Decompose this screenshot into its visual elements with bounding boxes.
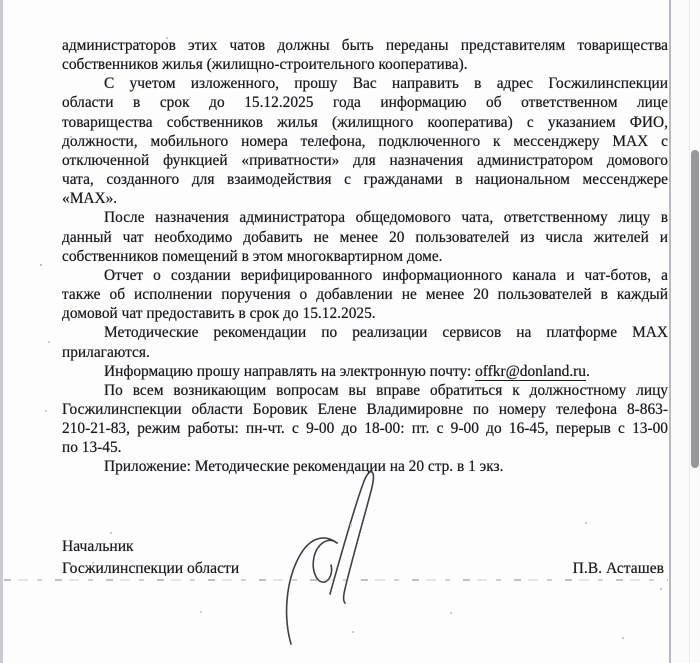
text-segment: администраторов этих чатов должны быть п… (62, 37, 668, 54)
text-segment: Приложение: Методические рекомендации на… (104, 458, 503, 475)
document-line: прилагаются. (62, 343, 668, 362)
signer-position-line: Начальник (62, 536, 239, 558)
document-viewer: администраторов этих чатов должны быть п… (0, 0, 700, 663)
text-segment: Отчет о создании верифицированного инфор… (104, 267, 668, 284)
text-segment: После назначения администратора общедомо… (104, 209, 668, 226)
document-line: С учетом изложенного, прошу Вас направит… (62, 74, 668, 93)
document-line: администраторов этих чатов должны быть п… (62, 36, 668, 55)
document-line: собственников помещений в этом многоквар… (62, 247, 668, 266)
document-line: по 13-45. (62, 438, 668, 457)
text-segment: должности, мобильного номера телефона, п… (62, 133, 668, 150)
document-line: домовой чат предоставить в срок до 15.12… (62, 304, 668, 323)
text-segment: . (586, 363, 590, 380)
document-line: должности, мобильного номера телефона, п… (62, 132, 668, 151)
email-address-link[interactable]: offkr@donland.ru (475, 363, 586, 381)
text-segment: 210-21-83, режим работы: пн-чт. с 9-00 д… (62, 420, 668, 437)
text-segment: С учетом изложенного, прошу Вас направит… (104, 75, 668, 92)
document-line: также об исполнении поручения о добавлен… (62, 285, 668, 304)
paragraph: Информацию прошу направлять на электронн… (62, 362, 668, 381)
document-line: области в срок до 15.12.2025 года информ… (62, 93, 668, 112)
scrollbar[interactable] (689, 0, 700, 663)
document-line: Методические рекомендации по реализации … (62, 323, 668, 342)
paragraph: По всем возникающим вопросам вы вправе о… (62, 381, 668, 458)
document-line: 210-21-83, режим работы: пн-чт. с 9-00 д… (62, 419, 668, 438)
document-line: После назначения администратора общедомо… (62, 208, 668, 227)
text-segment: прилагаются. (62, 344, 150, 361)
text-segment: По всем возникающим вопросам вы вправе о… (104, 382, 668, 399)
document-line: данный чат необходимо добавить не менее … (62, 228, 668, 247)
text-segment: Методические рекомендации по реализации … (104, 324, 668, 341)
document-line: Приложение: Методические рекомендации на… (62, 457, 668, 476)
text-segment: Госжилинспекции области Боровик Елене Вл… (62, 401, 668, 418)
text-segment: Информацию прошу направлять на электронн… (104, 363, 475, 380)
text-segment: области в срок до 15.12.2025 года информ… (62, 94, 668, 111)
page-gutter (671, 0, 689, 663)
paragraph: После назначения администратора общедомо… (62, 208, 668, 265)
document-line: По всем возникающим вопросам вы вправе о… (62, 381, 668, 400)
scrollbar-thumb[interactable] (691, 150, 699, 468)
text-segment: по 13-45. (62, 439, 122, 456)
signer-name: П.В. Асташев (573, 558, 664, 580)
document-line: Госжилинспекции области Боровик Елене Вл… (62, 400, 668, 419)
text-segment: собственников жилья (жилищно-строительно… (62, 56, 468, 73)
text-segment: данный чат необходимо добавить не менее … (62, 229, 668, 246)
paragraph: С учетом изложенного, прошу Вас направит… (62, 74, 668, 208)
document-line: собственников жилья (жилищно-строительно… (62, 55, 668, 74)
signer-position-line: Госжилинспекции области (62, 558, 239, 580)
text-segment: «MAX». (62, 190, 117, 207)
document-line: отключенной функцией «приватности» для н… (62, 151, 668, 170)
text-segment: также об исполнении поручения о добавлен… (62, 286, 668, 303)
document-body: администраторов этих чатов должны быть п… (62, 36, 668, 477)
text-segment: товарищества собственников жилья (жилищн… (62, 114, 668, 131)
scan-artifact-line (4, 579, 668, 581)
document-line: чата, созданного для взаимодействия с гр… (62, 170, 668, 189)
text-segment: собственников помещений в этом многоквар… (62, 248, 443, 265)
paragraph: Приложение: Методические рекомендации на… (62, 457, 668, 476)
paragraph: Отчет о создании верифицированного инфор… (62, 266, 668, 323)
text-segment: отключенной функцией «приватности» для н… (62, 152, 668, 169)
scan-edge-left (0, 0, 3, 663)
signer-position-block: Начальник Госжилинспекции области (62, 536, 239, 581)
text-segment: чата, созданного для взаимодействия с гр… (62, 171, 668, 188)
text-segment: домовой чат предоставить в срок до 15.12… (62, 305, 376, 322)
document-line: Отчет о создании верифицированного инфор… (62, 266, 668, 285)
document-line: Информацию прошу направлять на электронн… (62, 362, 668, 381)
document-line: «MAX». (62, 189, 668, 208)
paragraph: Методические рекомендации по реализации … (62, 323, 668, 361)
document-line: товарищества собственников жилья (жилищн… (62, 113, 668, 132)
paragraph: администраторов этих чатов должны быть п… (62, 36, 668, 74)
